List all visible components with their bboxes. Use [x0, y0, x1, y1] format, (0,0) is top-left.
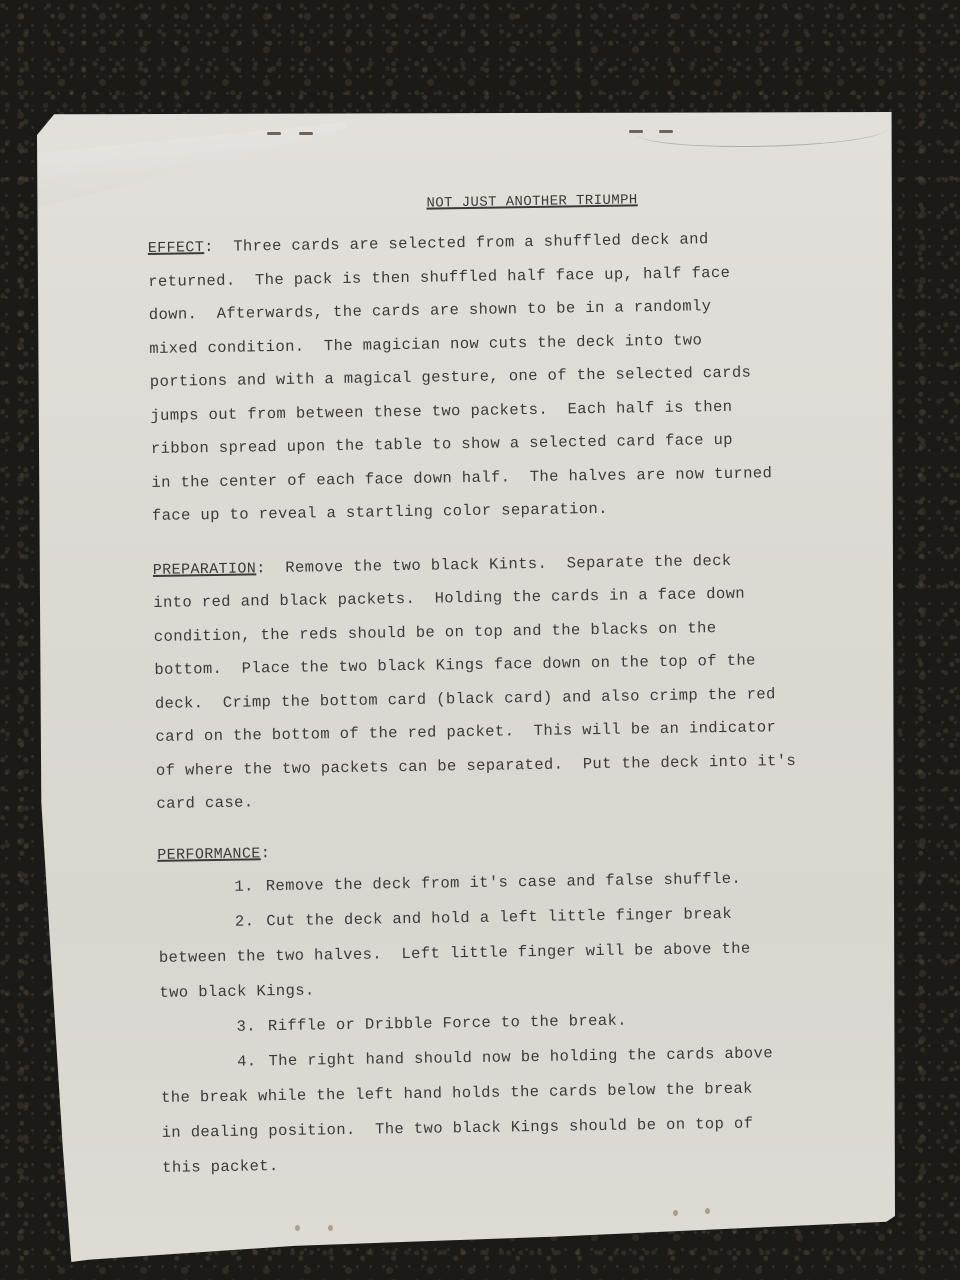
paper-stain: [295, 1225, 300, 1231]
step-text: in dealing position. The two black Kings…: [162, 1114, 754, 1141]
text-line: in the center of each face down half. Th…: [151, 464, 772, 492]
section-heading: PERFORMANCE: [157, 845, 261, 864]
text-line: card case.: [156, 793, 253, 813]
text-line: bottom. Place the two black Kings face d…: [154, 651, 756, 678]
document-body: NOT JUST ANOTHER TRIUMPH EFFECT: Three c…: [147, 189, 882, 1186]
section-heading: PREPARATION: [153, 560, 257, 579]
step-text: The right hand should now be holding the…: [268, 1044, 773, 1070]
text-line: of where the two packets can be separate…: [156, 751, 797, 779]
staple-hole-mark: [299, 132, 313, 135]
paper-stain: [673, 1210, 678, 1216]
staple-hole-mark: [267, 132, 281, 135]
step-number: 3.: [160, 1009, 269, 1046]
staple-hole-mark: [659, 130, 673, 133]
document-title: NOT JUST ANOTHER TRIUMPH: [197, 189, 867, 216]
paper-stain: [328, 1225, 333, 1231]
text-line: portions and with a magical gesture, one…: [150, 364, 752, 391]
section-heading: EFFECT: [148, 239, 205, 257]
paper-stain: [705, 1208, 710, 1214]
fold-crease: [637, 116, 887, 147]
step-text: this packet.: [162, 1157, 279, 1177]
step-text: Riffle or Dribble Force to the break.: [268, 1011, 627, 1035]
text-line: mixed condition. The magician now cuts t…: [149, 331, 702, 358]
performance-steps: 1.Remove the deck from it's case and fal…: [158, 859, 883, 1185]
text-line: card on the bottom of the red packet. Th…: [155, 718, 776, 746]
step-text: two black Kings.: [159, 981, 314, 1001]
heading-colon: :: [261, 844, 271, 862]
step-text: between the two halves. Left little fing…: [159, 939, 751, 966]
text-line: returned. The pack is then shuffled half…: [148, 263, 730, 290]
step-text: Remove the deck from it's case and false…: [266, 869, 742, 894]
text-line: deck. Crimp the bottom card (black card)…: [155, 685, 776, 713]
section-preparation: PREPARATION: Remove the two black Kints.…: [153, 542, 877, 821]
section-performance: PERFORMANCE: 1.Remove the deck from it's…: [157, 830, 882, 1185]
step-text: Cut the deck and hold a left little fing…: [266, 904, 732, 929]
step-number: 4.: [160, 1044, 269, 1081]
text-line: Three cards are selected from a shuffled…: [233, 230, 709, 255]
heading-colon: :: [204, 238, 233, 256]
text-line: face up to reveal a startling color sepa…: [152, 500, 608, 525]
heading-colon: :: [256, 558, 285, 576]
step-text: the break while the left hand holds the …: [161, 1079, 753, 1106]
title-text: NOT JUST ANOTHER TRIUMPH: [426, 192, 637, 211]
staple-hole-mark: [629, 130, 643, 133]
text-line: Remove the two black Kints. Separate the…: [285, 551, 732, 576]
text-line: condition, the reds should be on top and…: [154, 619, 717, 646]
text-line: ribbon spread upon the table to show a s…: [151, 431, 733, 458]
text-line: jumps out from between these two packets…: [150, 397, 732, 424]
text-line: into red and black packets. Holding the …: [153, 585, 745, 612]
text-line: down. Afterwards, the cards are shown to…: [149, 297, 712, 324]
typed-document-page: NOT JUST ANOTHER TRIUMPH EFFECT: Three c…: [37, 112, 895, 1262]
section-effect: EFFECT: Three cards are selected from a …: [148, 221, 873, 534]
step-number: 1.: [158, 869, 267, 906]
step-number: 2.: [158, 904, 267, 941]
